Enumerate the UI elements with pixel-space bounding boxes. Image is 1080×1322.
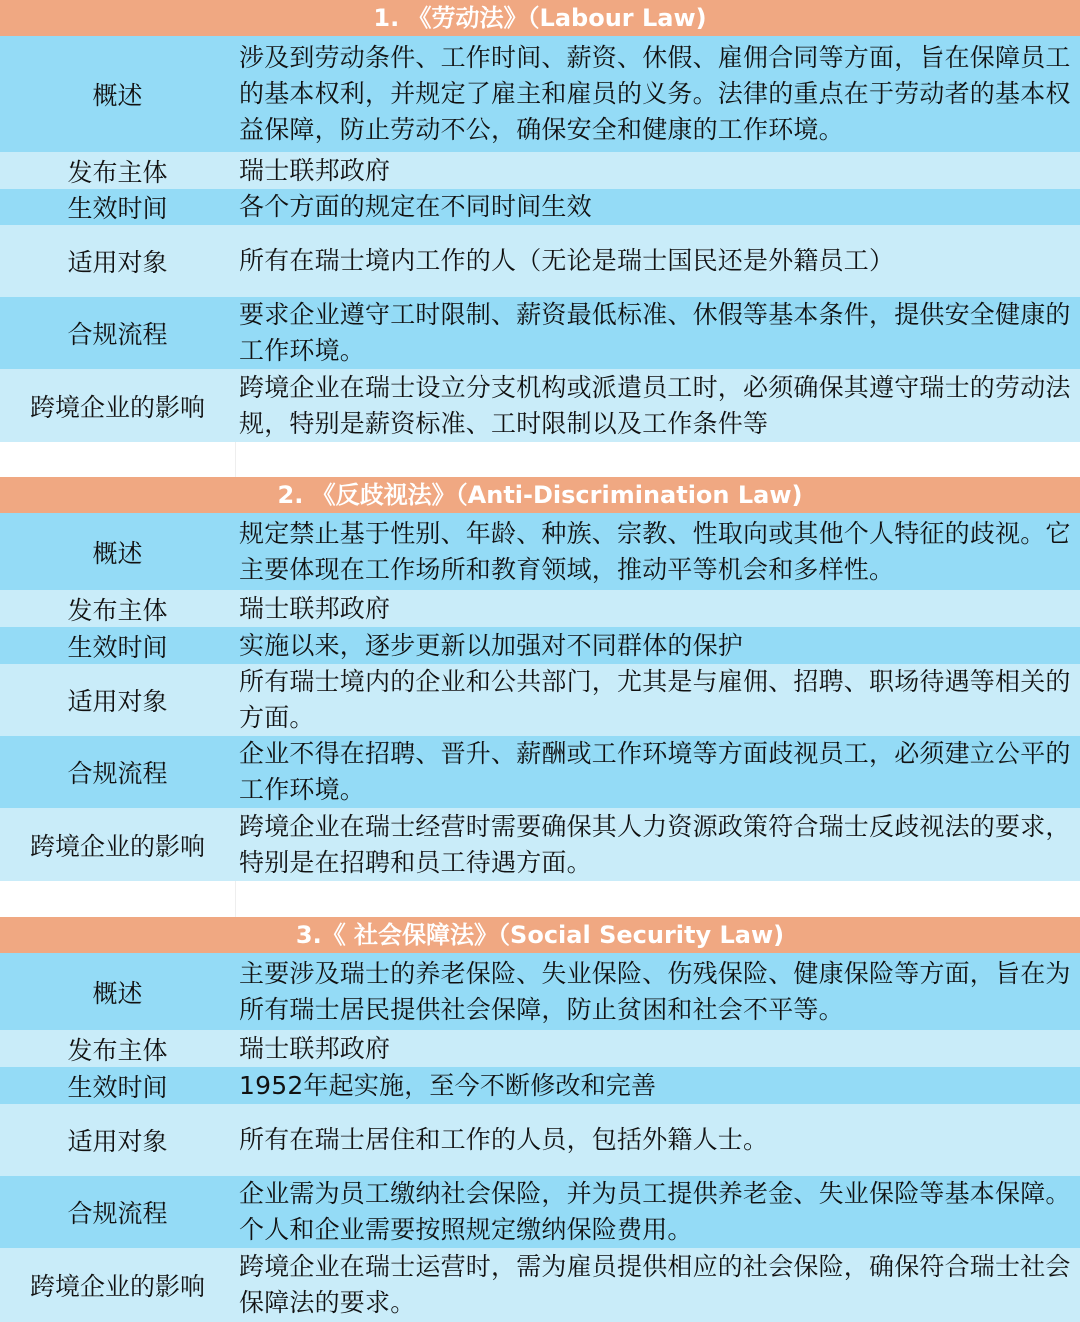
row-value: 所有在瑞士境内工作的人（无论是瑞士国民还是外籍员工） (235, 225, 1080, 297)
row-issuer: 发布主体 瑞士联邦政府 (0, 1030, 1080, 1067)
row-compliance-process: 合规流程 企业不得在招聘、晋升、薪酬或工作环境等方面歧视员工，必须建立公平的工作… (0, 736, 1080, 808)
row-label: 合规流程 (0, 297, 235, 369)
row-label: 生效时间 (0, 189, 235, 225)
row-value: 瑞士联邦政府 (235, 152, 1080, 189)
section-social-security-law: 3.《 社会保障法》（Social Security Law) 概述 主要涉及瑞… (0, 917, 1080, 1322)
row-value: 跨境企业在瑞士设立分支机构或派遣员工时，必须确保其遵守瑞士的劳动法规，特别是薪资… (235, 369, 1080, 442)
row-value: 企业不得在招聘、晋升、薪酬或工作环境等方面歧视员工，必须建立公平的工作环境。 (235, 736, 1080, 808)
row-value: 跨境企业在瑞士运营时，需为雇员提供相应的社会保险，确保符合瑞士社会保障法的要求。 (235, 1248, 1080, 1322)
row-applicable-to: 适用对象 所有瑞士境内的企业和公共部门，尤其是与雇佣、招聘、职场待遇等相关的方面… (0, 664, 1080, 736)
row-value: 企业需为员工缴纳社会保险，并为员工提供养老金、失业保险等基本保障。个人和企业需要… (235, 1176, 1080, 1248)
row-cross-border-impact: 跨境企业的影响 跨境企业在瑞士经营时需要确保其人力资源政策符合瑞士反歧视法的要求… (0, 808, 1080, 881)
row-label: 生效时间 (0, 1067, 235, 1104)
row-label: 发布主体 (0, 152, 235, 189)
section-labour-law: 1. 《劳动法》（Labour Law) 概述 涉及到劳动条件、工作时间、薪资、… (0, 0, 1080, 477)
row-value: 瑞士联邦政府 (235, 1030, 1080, 1067)
section-title: 3.《 社会保障法》（Social Security Law) (0, 917, 1080, 953)
row-effective-date: 生效时间 1952年起实施，至今不断修改和完善 (0, 1067, 1080, 1104)
row-label: 概述 (0, 36, 235, 152)
row-label: 跨境企业的影响 (0, 369, 235, 442)
row-label: 发布主体 (0, 1030, 235, 1067)
row-issuer: 发布主体 瑞士联邦政府 (0, 152, 1080, 189)
row-value: 所有在瑞士居住和工作的人员，包括外籍人士。 (235, 1104, 1080, 1176)
row-label: 发布主体 (0, 590, 235, 627)
row-value: 各个方面的规定在不同时间生效 (235, 189, 1080, 225)
row-label: 生效时间 (0, 627, 235, 664)
row-label: 适用对象 (0, 225, 235, 297)
row-effective-date: 生效时间 各个方面的规定在不同时间生效 (0, 189, 1080, 225)
section-title: 2. 《反歧视法》（Anti-Discrimination Law) (0, 477, 1080, 513)
row-effective-date: 生效时间 实施以来，逐步更新以加强对不同群体的保护 (0, 627, 1080, 664)
row-overview: 概述 主要涉及瑞士的养老保险、失业保险、伤残保险、健康保险等方面，旨在为所有瑞士… (0, 953, 1080, 1030)
row-value: 要求企业遵守工时限制、薪资最低标准、休假等基本条件，提供安全健康的工作环境。 (235, 297, 1080, 369)
row-applicable-to: 适用对象 所有在瑞士居住和工作的人员，包括外籍人士。 (0, 1104, 1080, 1176)
row-compliance-process: 合规流程 企业需为员工缴纳社会保险，并为员工提供养老金、失业保险等基本保障。个人… (0, 1176, 1080, 1248)
row-cross-border-impact: 跨境企业的影响 跨境企业在瑞士设立分支机构或派遣员工时，必须确保其遵守瑞士的劳动… (0, 369, 1080, 442)
section-title: 1. 《劳动法》（Labour Law) (0, 0, 1080, 36)
row-overview: 概述 规定禁止基于性别、年龄、种族、宗教、性取向或其他个人特征的歧视。它主要体现… (0, 513, 1080, 590)
row-label: 概述 (0, 513, 235, 590)
row-label: 概述 (0, 953, 235, 1030)
row-applicable-to: 适用对象 所有在瑞士境内工作的人（无论是瑞士国民还是外籍员工） (0, 225, 1080, 297)
row-issuer: 发布主体 瑞士联邦政府 (0, 590, 1080, 627)
row-value: 涉及到劳动条件、工作时间、薪资、休假、雇佣合同等方面，旨在保障员工的基本权利，并… (235, 36, 1080, 152)
row-overview: 概述 涉及到劳动条件、工作时间、薪资、休假、雇佣合同等方面，旨在保障员工的基本权… (0, 36, 1080, 152)
row-label: 适用对象 (0, 664, 235, 736)
row-value: 瑞士联邦政府 (235, 590, 1080, 627)
section-spacer (0, 442, 1080, 477)
row-cross-border-impact: 跨境企业的影响 跨境企业在瑞士运营时，需为雇员提供相应的社会保险，确保符合瑞士社… (0, 1248, 1080, 1322)
row-label: 跨境企业的影响 (0, 808, 235, 881)
row-value: 跨境企业在瑞士经营时需要确保其人力资源政策符合瑞士反歧视法的要求，特别是在招聘和… (235, 808, 1080, 881)
row-value: 主要涉及瑞士的养老保险、失业保险、伤残保险、健康保险等方面，旨在为所有瑞士居民提… (235, 953, 1080, 1030)
law-comparison-table: 1. 《劳动法》（Labour Law) 概述 涉及到劳动条件、工作时间、薪资、… (0, 0, 1080, 1322)
section-anti-discrimination-law: 2. 《反歧视法》（Anti-Discrimination Law) 概述 规定… (0, 477, 1080, 917)
row-label: 跨境企业的影响 (0, 1248, 235, 1322)
row-value: 规定禁止基于性别、年龄、种族、宗教、性取向或其他个人特征的歧视。它主要体现在工作… (235, 513, 1080, 590)
row-label: 合规流程 (0, 1176, 235, 1248)
section-spacer (0, 881, 1080, 917)
row-label: 合规流程 (0, 736, 235, 808)
row-label: 适用对象 (0, 1104, 235, 1176)
row-value: 1952年起实施，至今不断修改和完善 (235, 1067, 1080, 1104)
row-value: 实施以来，逐步更新以加强对不同群体的保护 (235, 627, 1080, 664)
row-value: 所有瑞士境内的企业和公共部门，尤其是与雇佣、招聘、职场待遇等相关的方面。 (235, 664, 1080, 736)
row-compliance-process: 合规流程 要求企业遵守工时限制、薪资最低标准、休假等基本条件，提供安全健康的工作… (0, 297, 1080, 369)
